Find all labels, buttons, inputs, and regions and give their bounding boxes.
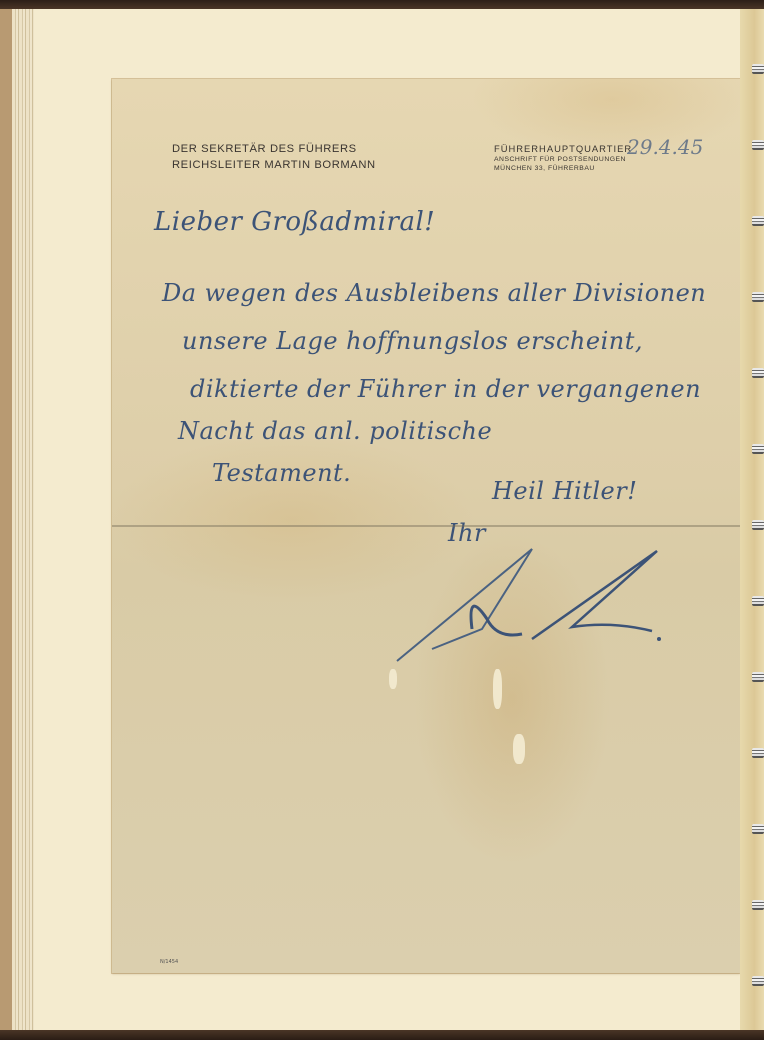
paper-hole (389, 669, 397, 689)
binding-ring (752, 64, 764, 74)
album-bottom-edge (0, 1030, 764, 1040)
letterhead-postal: ANSCHRIFT FÜR POSTSENDUNGEN (494, 155, 632, 164)
binding-ring (752, 824, 764, 834)
fold-crease (112, 525, 740, 527)
album-top-edge (0, 0, 764, 9)
letterhead-line-2: REICHSLEITER MARTIN BORMANN (172, 157, 376, 173)
body-line-1: Da wegen des Ausbleibens aller Divisione… (162, 279, 706, 307)
letterhead-line-1: DER SEKRETÄR DES FÜHRERS (172, 141, 376, 157)
album-cover-edge (0, 9, 12, 1030)
letterhead-address: FÜHRERHAUPTQUARTIER ANSCHRIFT FÜR POSTSE… (494, 142, 632, 173)
binding-ring (752, 520, 764, 530)
binding-ring (752, 596, 764, 606)
handwritten-date: 29.4.45 (627, 135, 703, 159)
page-stack (12, 9, 34, 1030)
binding-ring (752, 672, 764, 682)
body-line-4: Nacht das anl. politische (178, 417, 492, 445)
letterhead-sender: DER SEKRETÄR DES FÜHRERS REICHSLEITER MA… (172, 141, 376, 173)
binding-ring (752, 976, 764, 986)
archive-number: N/1454 (160, 959, 178, 965)
paper-hole (493, 669, 502, 709)
binding-ring (752, 444, 764, 454)
binding-ring (752, 292, 764, 302)
photo-album: DER SEKRETÄR DES FÜHRERS REICHSLEITER MA… (0, 0, 764, 1040)
letter-sheet: DER SEKRETÄR DES FÜHRERS REICHSLEITER MA… (112, 79, 740, 973)
closing: Heil Hitler! (492, 477, 637, 505)
binding-ring (752, 216, 764, 226)
body-line-3: diktierte der Führer in der vergangenen (190, 375, 701, 403)
binding-ring (752, 900, 764, 910)
salutation: Lieber Großadmiral! (154, 207, 435, 237)
letterhead-city: MÜNCHEN 33, FÜHRERBAU (494, 164, 632, 173)
body-line-5: Testament. (212, 459, 351, 487)
signature (392, 539, 722, 669)
binding-ring (752, 368, 764, 378)
letterhead-hq: FÜHRERHAUPTQUARTIER (494, 142, 632, 155)
binding-ring (752, 140, 764, 150)
album-page: DER SEKRETÄR DES FÜHRERS REICHSLEITER MA… (34, 9, 750, 1030)
body-line-2: unsere Lage hoffnungslos erscheint, (182, 327, 643, 355)
paper-hole (513, 734, 525, 764)
binding-ring (752, 748, 764, 758)
